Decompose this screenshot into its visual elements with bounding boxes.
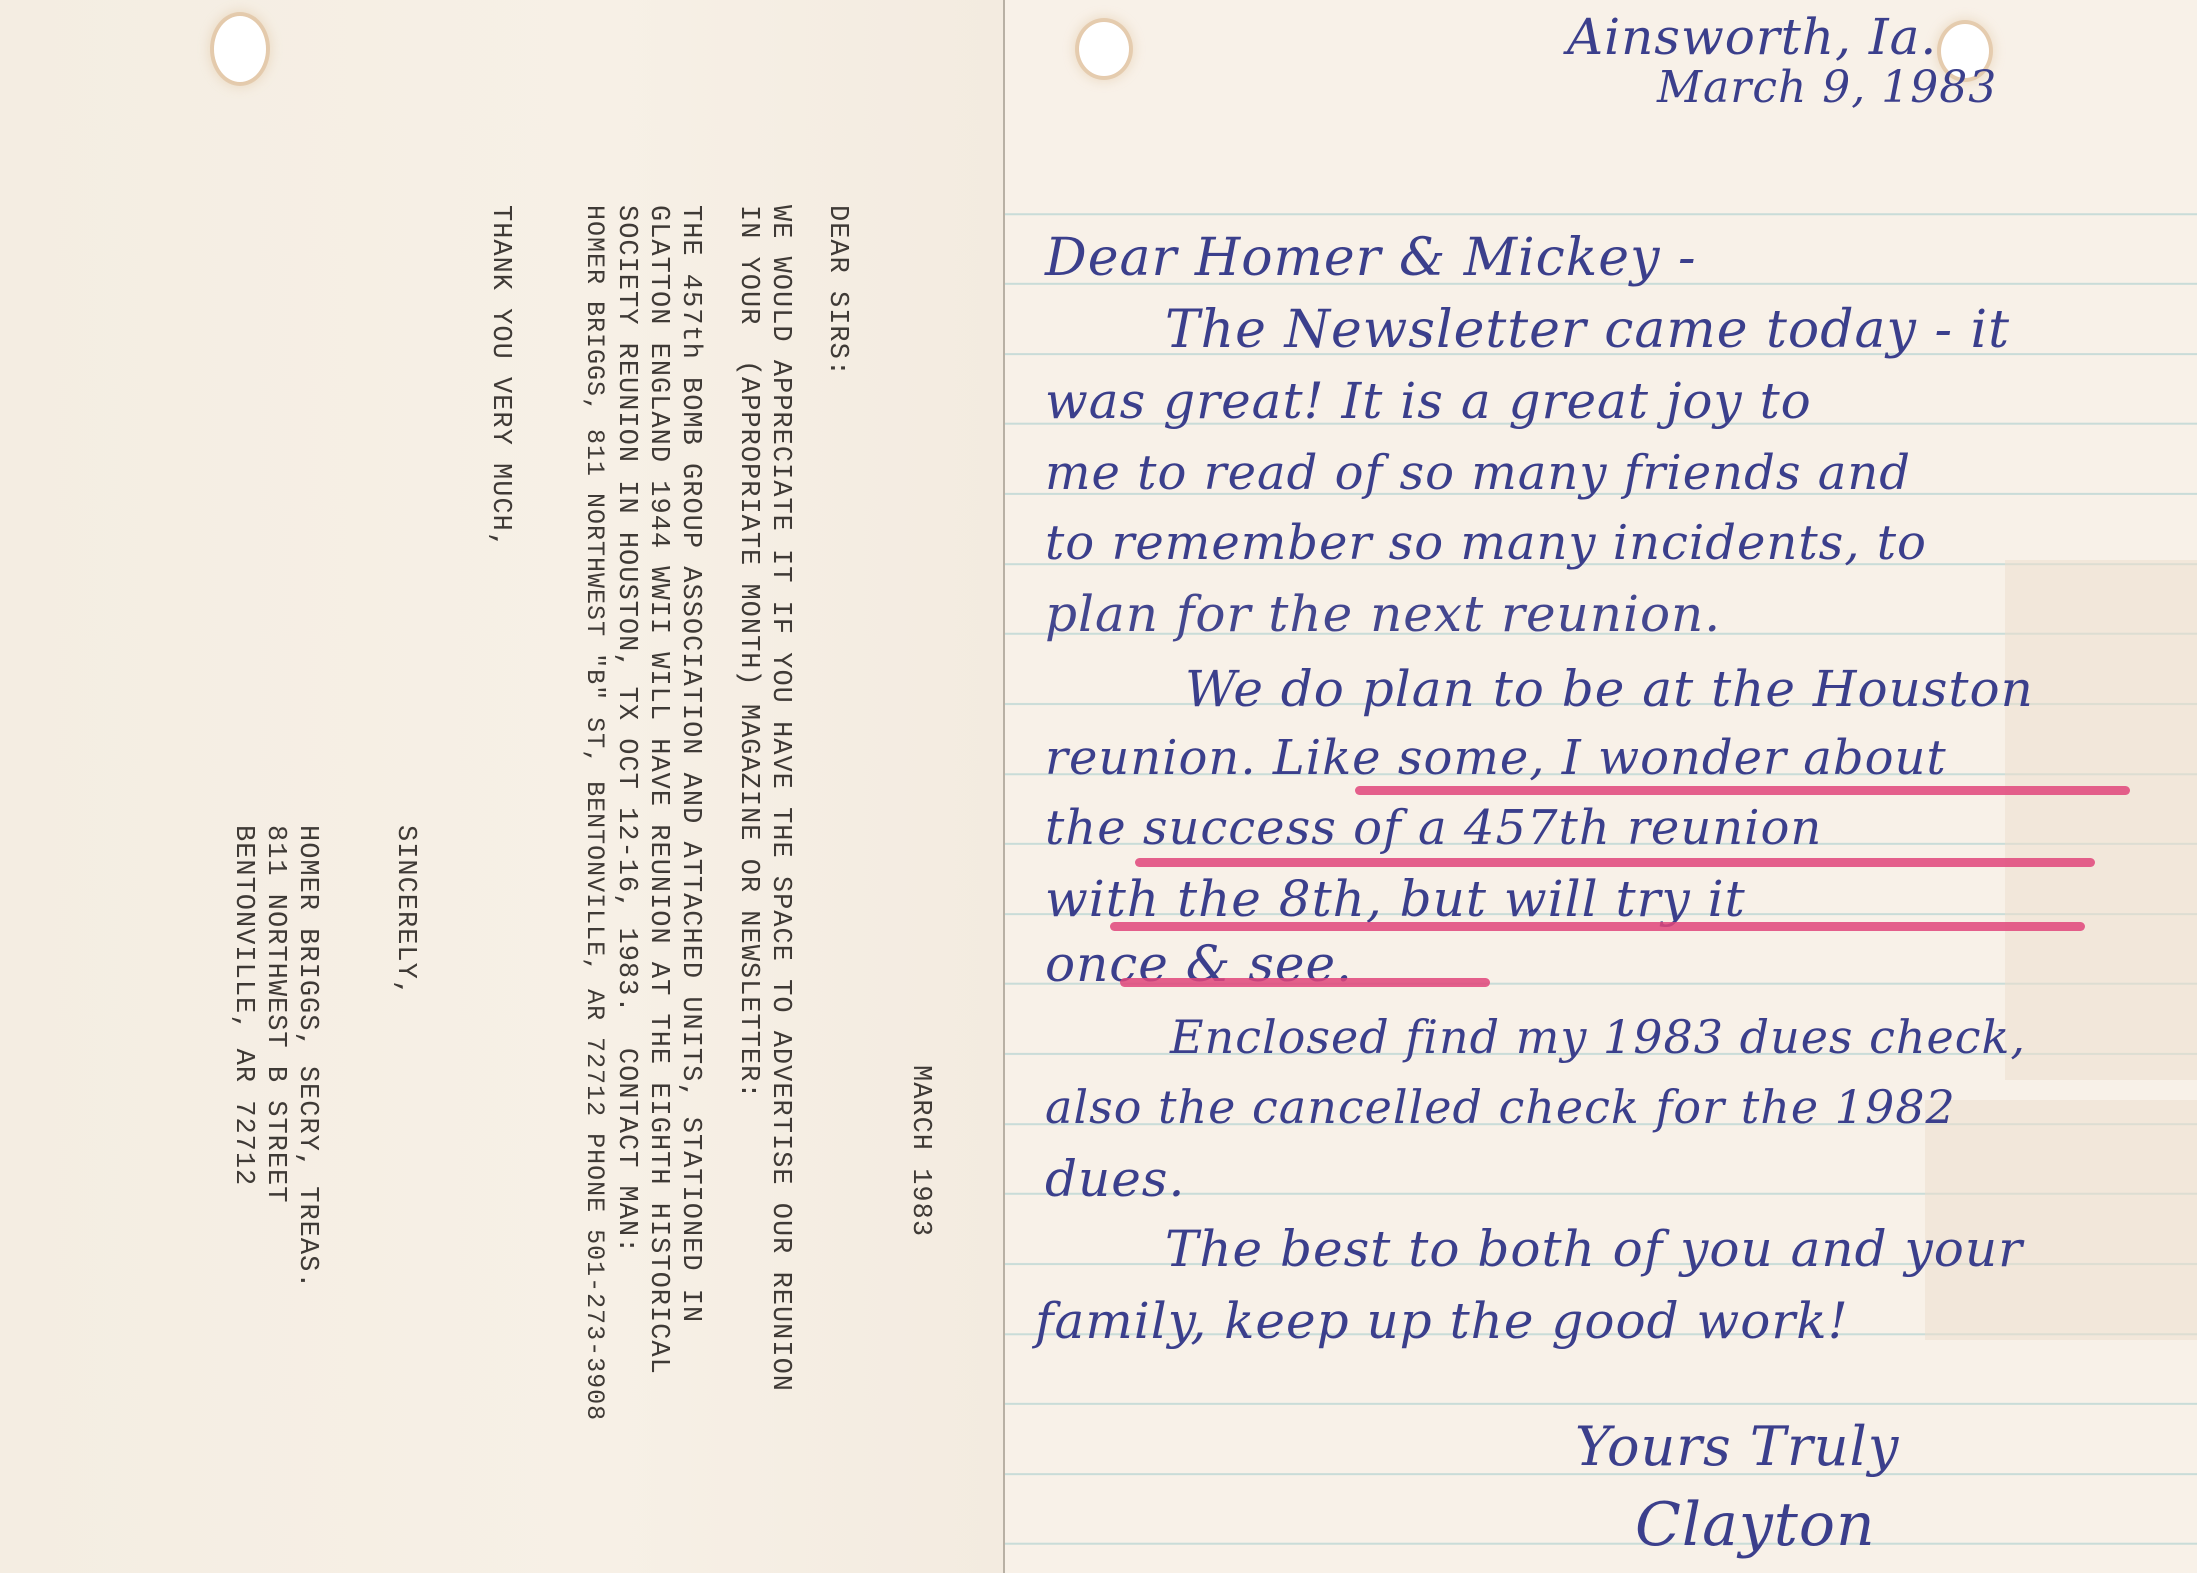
- letter-line: with the 8th, but will try it: [1045, 870, 1746, 928]
- letter-line: We do plan to be at the Houston: [1185, 660, 2034, 718]
- typed-signature-street: 811 NORTHWEST B STREET: [260, 825, 290, 1203]
- letter-line: The Newsletter came today - it: [1165, 300, 2010, 360]
- highlight-underline: [1110, 922, 2085, 931]
- letter-signature: Clayton: [1635, 1490, 1876, 1560]
- typed-paragraph-2-line-1: THE 457th BOMB GROUP ASSOCIATION AND ATT…: [675, 205, 705, 1323]
- punch-hole: [1079, 22, 1129, 76]
- letter-line: also the cancelled check for the 1982: [1045, 1080, 1956, 1134]
- highlight-underline: [1120, 978, 1490, 987]
- letter-place: Ainsworth, Ia.: [1567, 8, 1937, 66]
- letter-line: dues.: [1045, 1150, 1185, 1208]
- typed-date: MARCH 1983: [905, 1065, 935, 1237]
- typed-signature-city: BENTONVILLE, AR 72712: [228, 825, 258, 1186]
- letter-line: to remember so many incidents, to: [1045, 515, 1927, 571]
- typed-letter-page: MARCH 1983 DEAR SIRS: WE WOULD APPRECIAT…: [0, 0, 1003, 1573]
- typed-paragraph-2-line-4: HOMER BRIGGS, 811 NORTHWEST "B" ST, BENT…: [579, 205, 609, 1421]
- typed-salutation: DEAR SIRS:: [822, 205, 852, 377]
- highlight-underline: [1355, 786, 2130, 795]
- letter-line: was great! It is a great joy to: [1045, 372, 1812, 430]
- letter-closing: Yours Truly: [1575, 1415, 1899, 1478]
- letter-salutation: Dear Homer & Mickey -: [1045, 228, 1697, 288]
- letter-line: plan for the next reunion.: [1045, 585, 1721, 643]
- typed-paragraph-1-line-1: WE WOULD APPRECIATE IT IF YOU HAVE THE S…: [765, 205, 795, 1392]
- letter-line: reunion. Like some, I wonder about: [1045, 730, 1947, 786]
- letter-line: me to read of so many friends and: [1045, 445, 1911, 501]
- letter-line: Enclosed find my 1983 dues check,: [1170, 1010, 2026, 1064]
- letter-line: family, keep up the good work!: [1035, 1292, 1849, 1350]
- letter-line: The best to both of you and your: [1165, 1220, 2023, 1278]
- typed-signature-name: HOMER BRIGGS, SECRY, TREAS.: [292, 825, 322, 1289]
- typed-closing: SINCERELY,: [390, 825, 420, 997]
- tape-strip: [2005, 560, 2197, 1080]
- typed-thanks: THANK YOU VERY MUCH,: [485, 205, 515, 549]
- typed-paragraph-2-line-3: SOCIETY REUNION IN HOUSTON, TX OCT 12-16…: [611, 205, 641, 1254]
- letter-date: March 9, 1983: [1657, 62, 1997, 113]
- typed-paragraph-1-line-2: IN YOUR (APPROPRIATE MONTH) MAGAZINE OR …: [733, 205, 763, 1100]
- typed-paragraph-2-line-2: GLATTON ENGLAND 1944 WWII WILL HAVE REUN…: [643, 205, 673, 1375]
- letter-line: the success of a 457th reunion: [1045, 800, 1822, 856]
- handwritten-letter-page: Ainsworth, Ia. March 9, 1983 Dear Homer …: [1003, 0, 2197, 1573]
- highlight-underline: [1135, 858, 2095, 867]
- punch-hole: [214, 16, 266, 82]
